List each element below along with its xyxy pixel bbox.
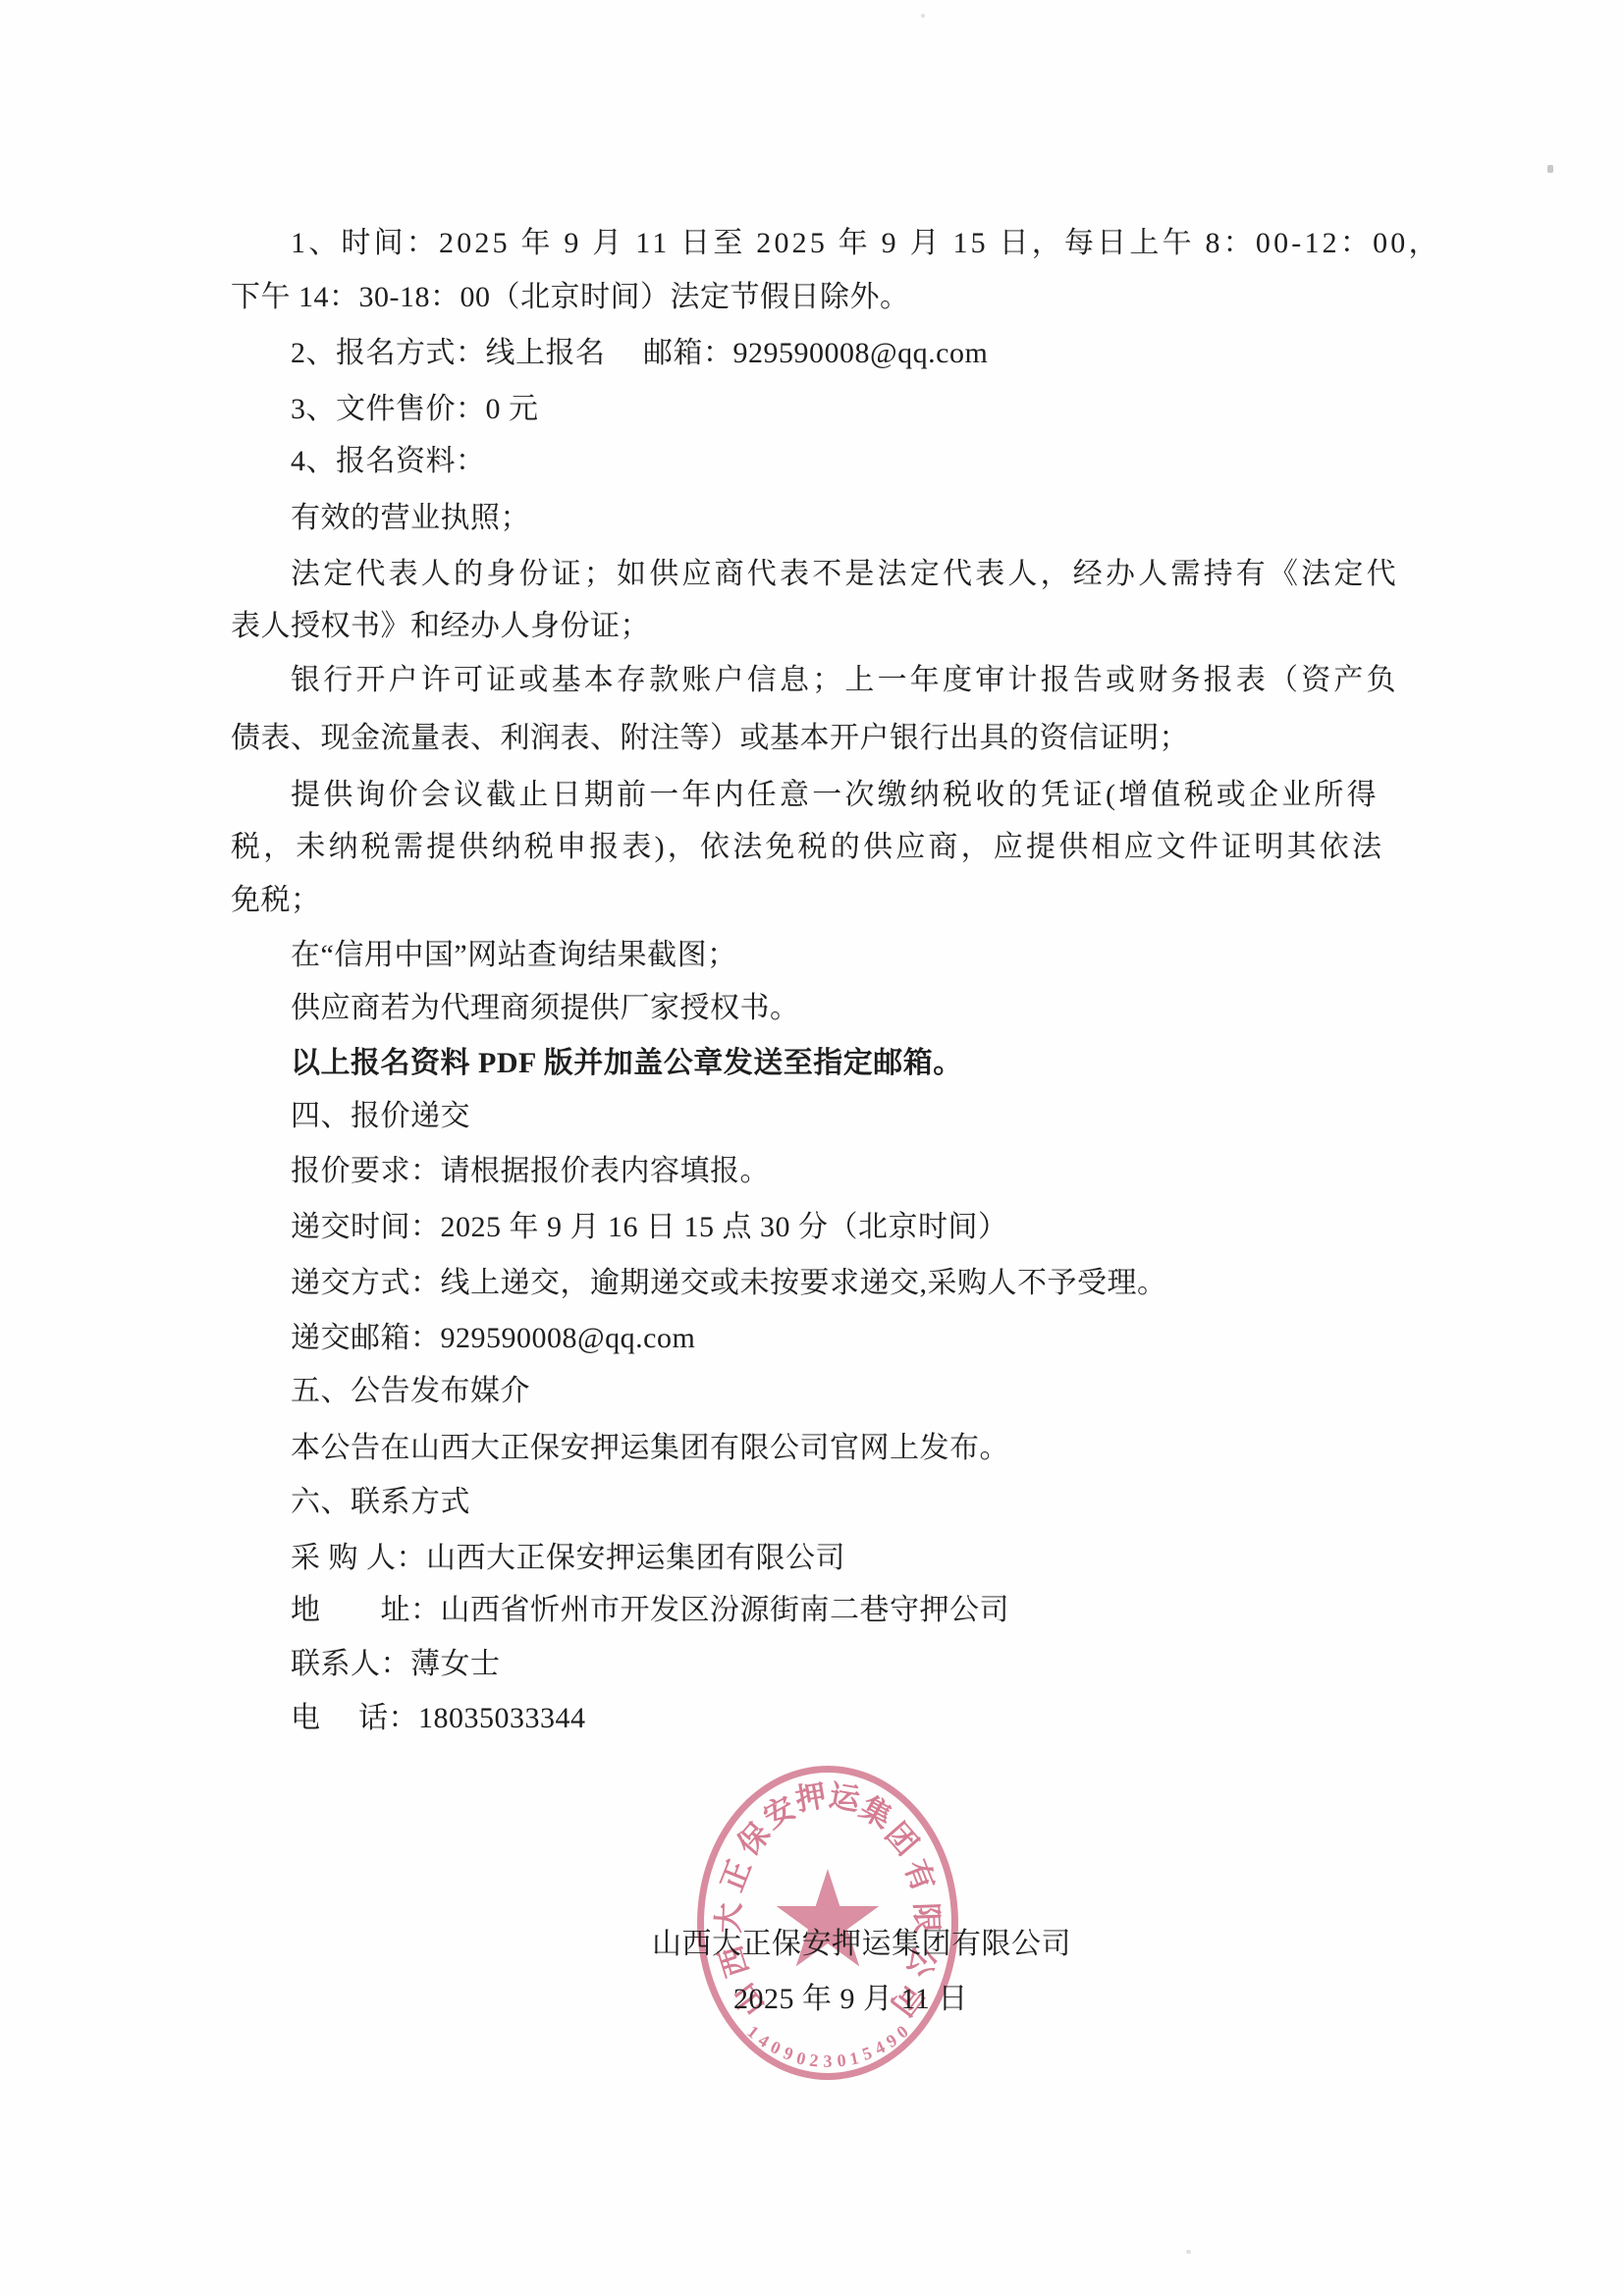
scan-artifact (921, 14, 925, 18)
document-line-2: 下午 14：30-18：00（北京时间）法定节假日除外。 (231, 277, 910, 318)
document-line-5: 4、报名资料： (291, 441, 486, 482)
document-line-19: 递交时间：2025 年 9 月 16 日 15 点 30 分（北京时间） (291, 1207, 1008, 1248)
document-line-12: 税，未纳税需提供纳税申报表)，依法免税的供应商，应提供相应文件证明其依法 (231, 827, 1384, 868)
seal-arc-char: 正 (715, 1854, 758, 1897)
document-line-16: 以上报名资料 PDF 版并加盖公章发送至指定邮箱。 (291, 1043, 963, 1084)
seal-number-digit: 2 (805, 2050, 823, 2071)
seal-arc-char: 保 (730, 1816, 778, 1863)
seal-number-digit: 5 (857, 2042, 879, 2065)
seal-arc-char: 押 (791, 1778, 830, 1817)
seal-number-digit: 1 (844, 2047, 864, 2069)
document-line-20: 递交方式：线上递交，逾期递交或未按要求递交,采购人不予受理。 (291, 1263, 1167, 1304)
seal-arc-char: 团 (878, 1816, 925, 1863)
seal-number-digit: 1 (740, 2019, 765, 2045)
document-line-3: 2、报名方式：线上报名 邮箱：929590008@qq.com (291, 333, 988, 374)
document-line-25: 采 购 人：山西大正保安押运集团有限公司 (291, 1538, 845, 1579)
seal-number-digit: 0 (791, 2047, 811, 2069)
seal-number-digit: 9 (880, 2028, 903, 2052)
document-line-28: 电 话：18035033344 (291, 1698, 586, 1739)
document-line-21: 递交邮箱：929590008@qq.com (291, 1318, 695, 1359)
document-line-27: 联系人：薄女士 (291, 1644, 501, 1685)
document-line-17: 四、报价递交 (291, 1096, 470, 1137)
document-line-26: 地 址：山西省忻州市开发区汾源街南二巷守押公司 (291, 1590, 1009, 1631)
seal-arc-char: 有 (897, 1854, 941, 1897)
seal-arc-char: 集 (853, 1789, 898, 1834)
document-line-7: 法定代表人的身份证；如供应商代表不是法定代表人，经办人需持有《法定代 (291, 554, 1399, 595)
seal-number-digit: 0 (833, 2050, 850, 2071)
seal-arc-char: 安 (757, 1789, 802, 1834)
document-line-9: 银行开户许可证或基本存款账户信息；上一年度审计报告或财务报表（资产负 (291, 660, 1399, 701)
scanned-document-page: 1、时间：2025 年 9 月 11 日至 2025 年 9 月 15 日，每日… (0, 0, 1623, 2296)
document-line-6: 有效的营业执照； (291, 498, 530, 539)
signature-company-name: 山西大正保安押运集团有限公司 (652, 1919, 1071, 1962)
document-line-14: 在“信用中国”网站查询结果截图； (291, 935, 737, 976)
document-line-11: 提供询价会议截止日期前一年内任意一次缴纳税收的凭证(增值税或企业所得 (291, 775, 1380, 816)
document-line-10: 债表、现金流量表、利润表、附注等）或基本开户银行出具的资信证明； (231, 718, 1189, 759)
document-line-18: 报价要求：请根据报价表内容填报。 (291, 1151, 770, 1192)
document-line-8: 表人授权书》和经办人身份证； (231, 606, 650, 647)
document-line-24: 六、联系方式 (291, 1482, 470, 1523)
document-line-15: 供应商若为代理商须提供厂家授权书。 (291, 988, 800, 1029)
document-line-23: 本公告在山西大正保安押运集团有限公司官网上发布。 (291, 1428, 1009, 1469)
scan-artifact (1186, 2250, 1191, 2254)
document-line-13: 免税； (231, 880, 321, 921)
seal-number-digit: 0 (891, 2019, 915, 2045)
seal-arc-char: 运 (825, 1778, 863, 1817)
scan-artifact (1547, 165, 1553, 173)
seal-number-digit: 3 (820, 2051, 836, 2071)
seal-number-digit: 4 (752, 2028, 776, 2052)
seal-number-digit: 4 (869, 2036, 892, 2060)
document-line-22: 五、公告发布媒介 (291, 1371, 530, 1412)
document-line-1: 1、时间：2025 年 9 月 11 日至 2025 年 9 月 15 日，每日… (291, 223, 1441, 264)
document-line-4: 3、文件售价：0 元 (291, 389, 539, 430)
signature-date: 2025 年 9 月 11 日 (733, 1974, 968, 2017)
seal-number-digit: 9 (778, 2042, 799, 2065)
seal-number-digit: 0 (764, 2036, 786, 2060)
